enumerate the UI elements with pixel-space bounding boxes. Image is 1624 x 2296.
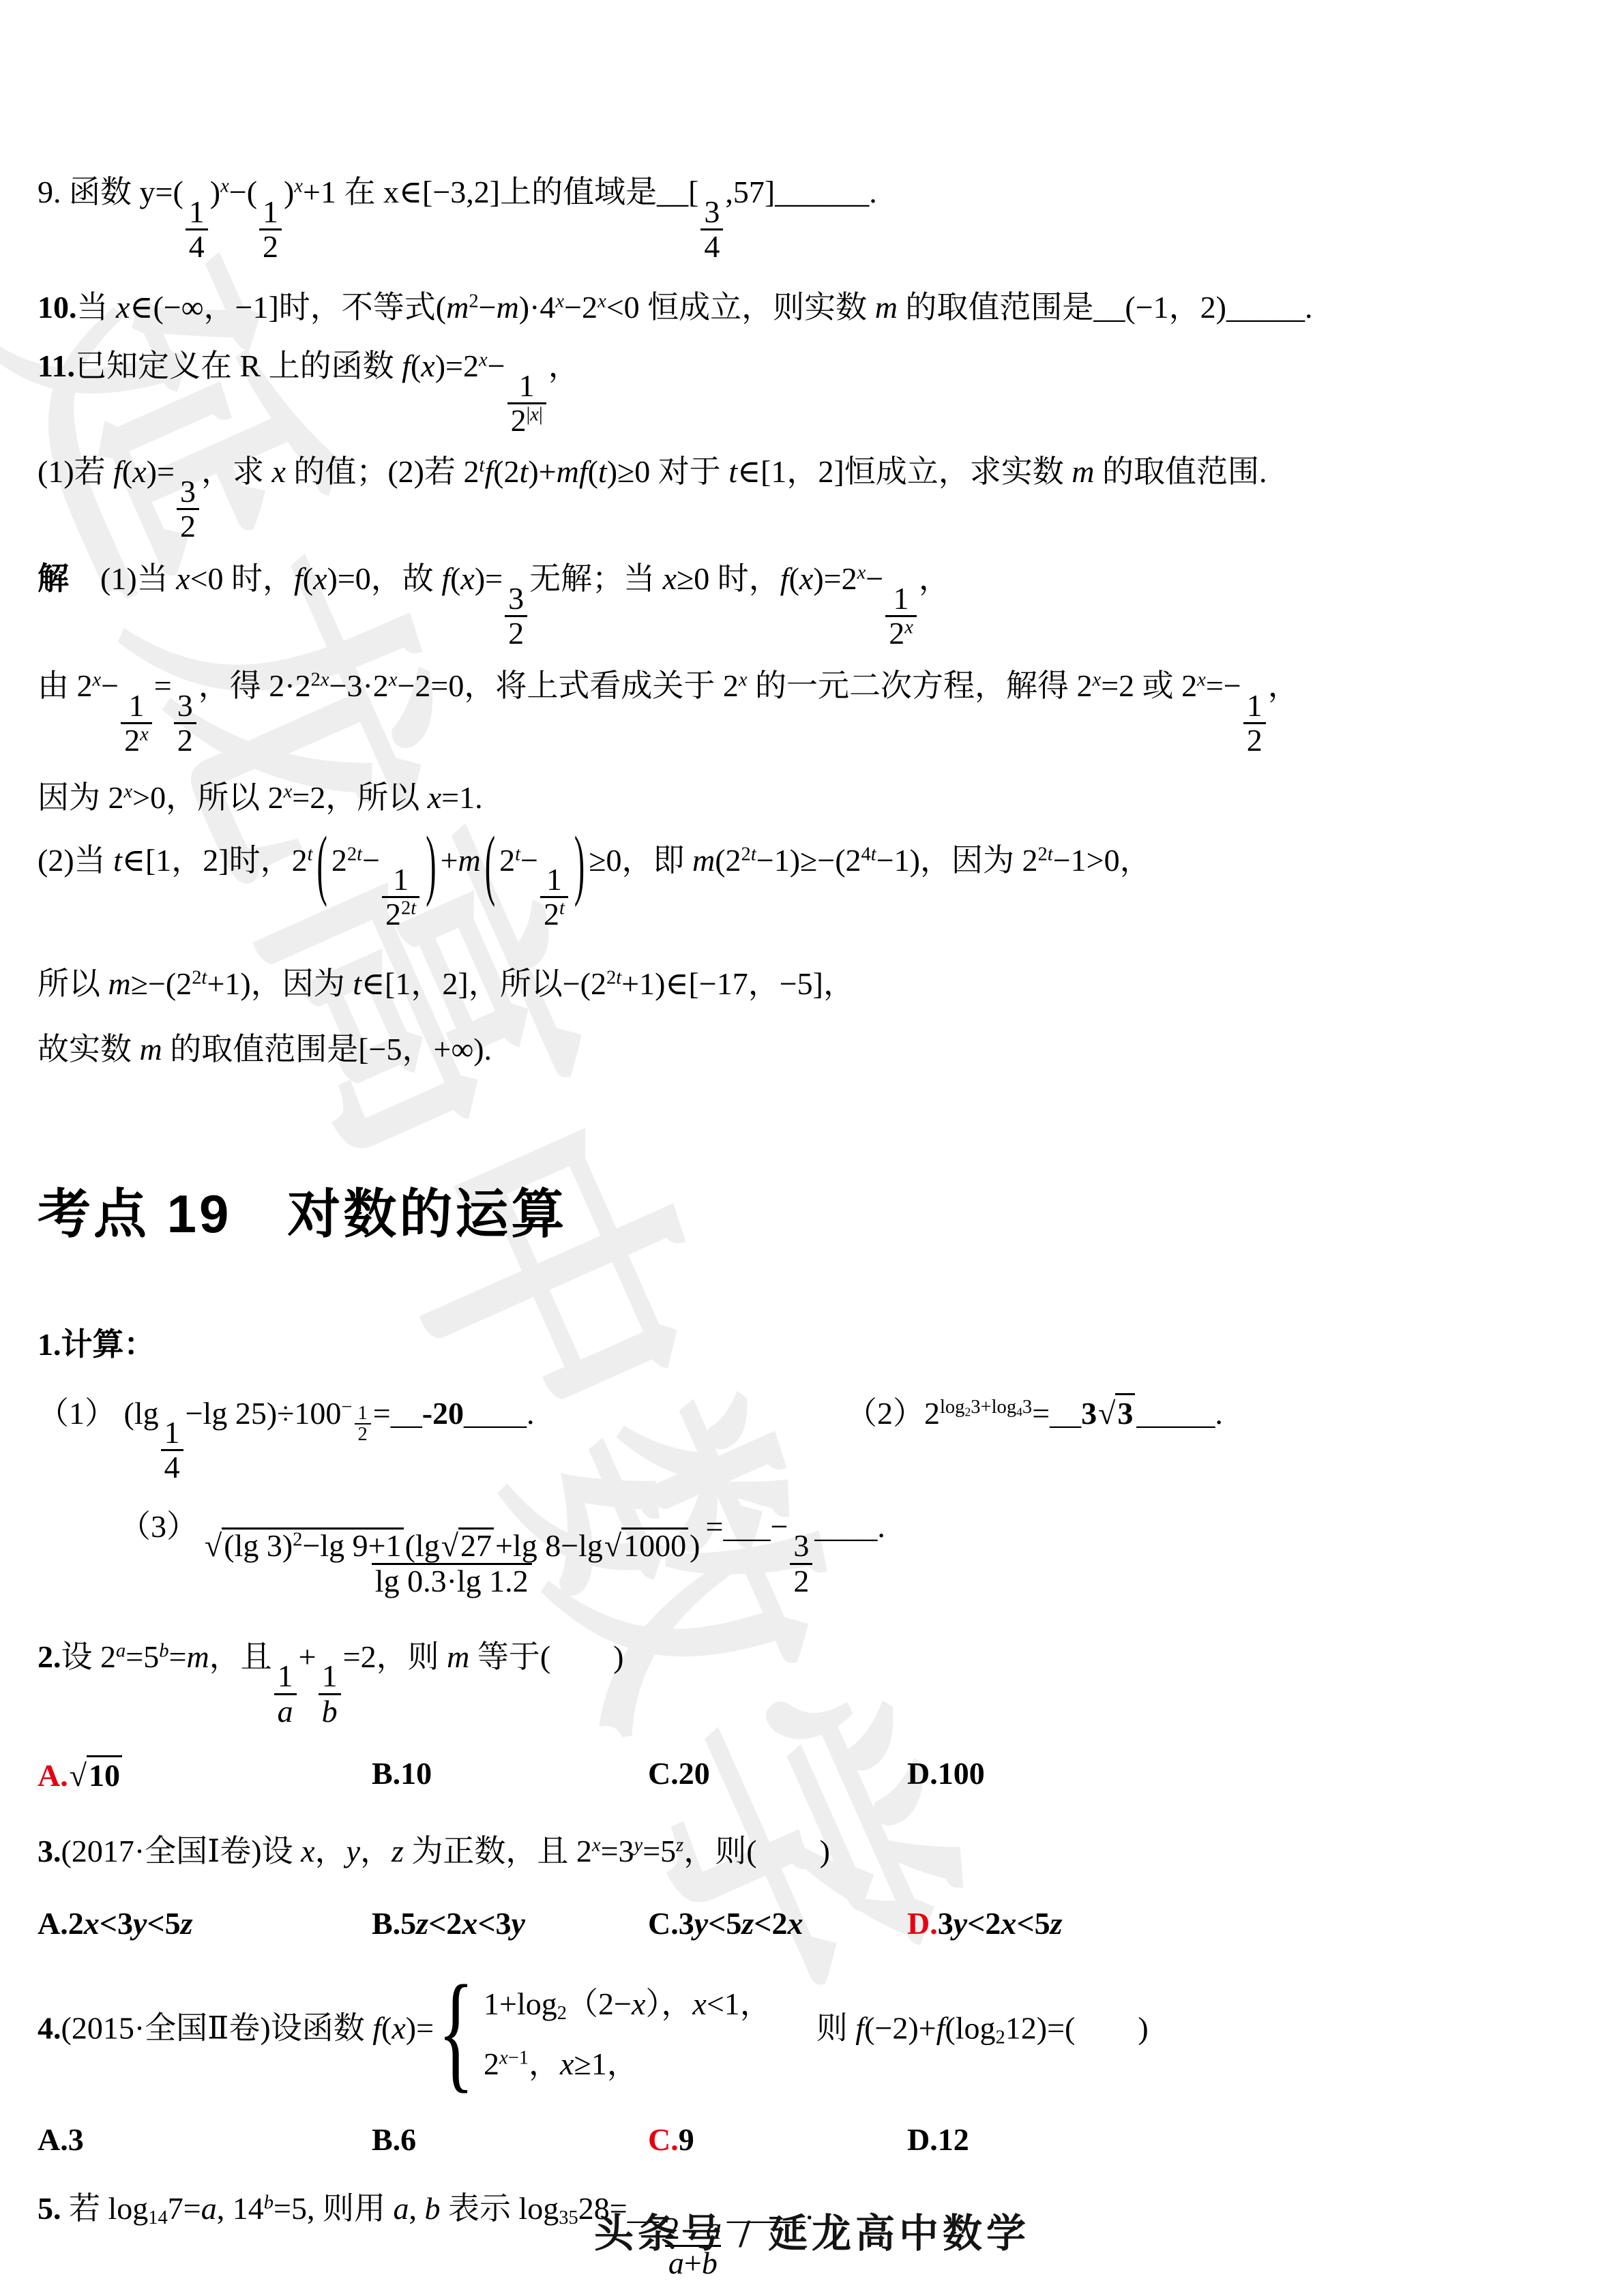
text-segment: （3） bbox=[119, 1509, 198, 1544]
math-variable: x bbox=[663, 561, 677, 596]
text-segment: (1)若 bbox=[38, 454, 113, 489]
section-heading: 考点 19 对数的运算 bbox=[38, 1172, 1586, 1248]
math-variable: x bbox=[555, 290, 564, 312]
superscript: x bbox=[904, 616, 913, 638]
text-segment: ≥1， bbox=[574, 2046, 638, 2081]
fraction: 32 bbox=[790, 1530, 812, 1598]
text-segment: 4 bbox=[704, 229, 720, 264]
text-segment: ≥0，即 bbox=[589, 843, 692, 878]
text-segment: 2 bbox=[508, 616, 524, 651]
radical-icon: √ bbox=[604, 1530, 621, 1562]
calc-item-3: （3）√(lg 3)2−lg 9+1(lg√27+lg 8−lg√1000)lg… bbox=[38, 1502, 1586, 1598]
math-variable: m bbox=[875, 290, 898, 325]
text-segment: ， bbox=[1268, 668, 1299, 703]
text-segment: 2 bbox=[263, 229, 278, 264]
bold-text: 9 bbox=[679, 2122, 694, 2157]
text-segment: 故实数 bbox=[38, 1032, 140, 1067]
text-segment: (2017·全国Ⅰ卷)设 bbox=[61, 1834, 301, 1868]
text-segment: 设 2 bbox=[61, 1639, 117, 1674]
text-segment: ( bbox=[411, 348, 421, 383]
denominator: 4 bbox=[186, 228, 208, 263]
numerator: √(lg 3)2−lg 9+1(lg√27+lg 8−lg√1000) bbox=[200, 1527, 704, 1562]
text-segment: （2）2 bbox=[846, 1396, 940, 1431]
problem-9: 9. 函数 y=(14)x−(12)x+1 在 x∈[−3,2]上的值域是__[… bbox=[38, 167, 1586, 263]
text-segment: 2 bbox=[177, 723, 193, 758]
bold-text: <5 bbox=[147, 1906, 180, 1941]
superscript: x bbox=[592, 1834, 601, 1855]
text-segment: 1 bbox=[164, 1415, 180, 1450]
superscript: x bbox=[1197, 670, 1206, 691]
option-c: C.9 bbox=[648, 2121, 907, 2158]
numerator: 1 bbox=[125, 689, 147, 722]
text-segment: （2− bbox=[567, 1986, 632, 2021]
text-segment: 2 bbox=[347, 844, 357, 865]
text-segment: 的取值范围是__(−1，2)_____. bbox=[898, 290, 1313, 325]
superscript: x bbox=[1093, 670, 1102, 691]
numerator: 1 bbox=[186, 196, 208, 228]
fraction: 12|x| bbox=[507, 370, 546, 438]
text-segment: =5 bbox=[126, 1639, 159, 1674]
text-segment: )= bbox=[406, 2011, 434, 2046]
text-segment: 2 bbox=[484, 2046, 499, 2081]
text-segment: − bbox=[770, 1509, 788, 1544]
text-segment: 1 bbox=[894, 581, 909, 616]
math-variable: x bbox=[84, 1906, 100, 1941]
piecewise-function: {1+log2（2−x），x<1，2x−1，x≥1， bbox=[438, 1979, 771, 2084]
superscript: log23+log43 bbox=[940, 1397, 1032, 1418]
big-paren: ( bbox=[317, 818, 327, 909]
denominator: 4 bbox=[700, 228, 723, 263]
math-variable: x bbox=[93, 670, 102, 691]
denominator: 2 bbox=[1243, 722, 1266, 757]
text-segment: 1 bbox=[358, 1403, 368, 1424]
text-segment: 3 bbox=[508, 581, 524, 616]
text-segment: ( bbox=[381, 2011, 392, 2046]
correct-answer-letter: D. bbox=[907, 1906, 938, 1941]
math-variable: m bbox=[108, 966, 131, 1001]
text-segment: lg 0.3·lg 1.2 bbox=[375, 1564, 529, 1598]
text-segment: (log bbox=[945, 2011, 995, 2046]
text-segment: 1 bbox=[322, 1658, 338, 1693]
big-paren: ) bbox=[574, 818, 585, 909]
text-segment: ( bbox=[789, 561, 799, 596]
superscript: 2t bbox=[741, 844, 756, 865]
math-variable: y bbox=[133, 1906, 147, 1941]
math-variable: x bbox=[321, 670, 329, 691]
numerator: 1 bbox=[1243, 689, 1266, 722]
superscript: z bbox=[676, 1834, 683, 1855]
math-variable: z bbox=[676, 1834, 683, 1855]
text-segment: 9. 函数 y=( bbox=[38, 175, 183, 209]
math-variable: x bbox=[499, 2047, 508, 2068]
text-segment: 2 bbox=[124, 723, 140, 758]
math-variable: t bbox=[559, 898, 565, 919]
text-segment: =__ bbox=[373, 1396, 422, 1431]
bold-text: 3 bbox=[1117, 1396, 1133, 1431]
denominator: 2 bbox=[174, 722, 196, 757]
bold-text: 2. bbox=[38, 1639, 61, 1674]
text-segment: 4 bbox=[1016, 1405, 1022, 1418]
text-segment: 1 bbox=[519, 368, 535, 403]
text-segment: =___ bbox=[706, 1509, 771, 1544]
fraction: 12x bbox=[121, 689, 152, 758]
math-variable: z bbox=[416, 1906, 428, 1941]
bold-text: D.100 bbox=[907, 1756, 985, 1791]
superscript: 2x bbox=[311, 670, 329, 691]
square-root: √10 bbox=[70, 1755, 122, 1793]
correct-answer-letter: A. bbox=[38, 1758, 68, 1793]
math-variable: t bbox=[113, 843, 122, 878]
square-root: √27 bbox=[441, 1527, 494, 1562]
text-segment: 1 bbox=[1247, 688, 1263, 723]
problem-10: 10.当 x∈(−∞，−1]时，不等式(m2−m)·4x−2x<0 恒成立，则实… bbox=[38, 282, 1586, 327]
solution-line-1: 解 (1)当 x<0 时，f(x)=0，故 f(x)=32无解；当 x≥0 时，… bbox=[38, 554, 1586, 650]
superscript: 2 bbox=[469, 290, 478, 312]
radicand: (lg 3)2−lg 9+1 bbox=[222, 1527, 403, 1562]
calc-row-1-2: （1） (lg14−lg 25)÷100−12=__-20____. （2）2l… bbox=[38, 1388, 1586, 1485]
text-segment: ( bbox=[303, 561, 313, 596]
math-variable: f bbox=[855, 2011, 864, 2046]
text-segment: −2 bbox=[564, 290, 597, 325]
text-segment: )=2 bbox=[813, 561, 857, 596]
math-variable: x bbox=[392, 2011, 405, 2046]
denominator: 2 bbox=[355, 1423, 371, 1445]
bold-text: 3 bbox=[1081, 1396, 1097, 1431]
text-segment: )=0，故 bbox=[327, 561, 442, 596]
fraction: 12 bbox=[355, 1403, 371, 1446]
text-segment: )= bbox=[147, 454, 175, 489]
text-segment: 2 bbox=[889, 616, 904, 651]
math-variable: x bbox=[1197, 670, 1206, 691]
text-segment: ∈[1，2]，所以−(2 bbox=[361, 966, 606, 1001]
bold-text: B.10 bbox=[372, 1756, 432, 1791]
math-variable: x bbox=[220, 175, 229, 196]
text-segment: +lg 8−lg bbox=[495, 1528, 603, 1563]
text-segment: −2=0，将上式看成关于 2 bbox=[397, 668, 738, 703]
text-segment: <1， bbox=[707, 1986, 771, 2021]
square-root: √3 bbox=[1098, 1393, 1135, 1431]
text-segment: ( bbox=[450, 561, 460, 596]
text-segment: 2 bbox=[331, 843, 347, 878]
text-segment: ∈(−∞，−1]时，不等式( bbox=[130, 290, 446, 325]
square-root: √1000 bbox=[604, 1527, 688, 1562]
text-segment: ， bbox=[529, 2046, 560, 2081]
text-segment: =__ bbox=[1032, 1396, 1081, 1431]
text-segment: ，得 2·2 bbox=[198, 668, 311, 703]
bold-text: 3. bbox=[38, 1834, 61, 1868]
fraction: 14 bbox=[186, 196, 208, 264]
math-variable: x bbox=[799, 561, 813, 596]
text-segment: − bbox=[362, 843, 380, 878]
math-variable: f bbox=[936, 2011, 945, 2046]
math-variable: t bbox=[520, 454, 529, 489]
radical-icon: √ bbox=[70, 1760, 87, 1791]
bold-text: <5 bbox=[708, 1906, 741, 1941]
superscript: −12 bbox=[341, 1397, 372, 1418]
superscript: t bbox=[559, 898, 565, 919]
problem-11-parts: (1)若 f(x)=32，求 x 的值；(2)若 2tf(2t)+mf(t)≥0… bbox=[38, 447, 1586, 543]
bold-text: D.12 bbox=[907, 2122, 969, 2157]
text-segment: −lg 9+1 bbox=[302, 1528, 401, 1563]
option-c: C.3y<5z<2x bbox=[648, 1905, 907, 1941]
text-segment: =2，则 bbox=[343, 1639, 447, 1674]
math-variable: m bbox=[1072, 454, 1094, 489]
math-variable: t bbox=[308, 844, 313, 865]
radical-icon: √ bbox=[1098, 1398, 1115, 1429]
math-variable: x bbox=[530, 404, 539, 425]
text-segment: 因为 2 bbox=[38, 780, 124, 815]
math-variable: m bbox=[140, 1032, 162, 1067]
text-segment: 2 bbox=[606, 967, 616, 988]
math-variable: x bbox=[389, 670, 398, 691]
math-variable: x bbox=[301, 1834, 314, 1868]
text-segment: 的取值范围. bbox=[1094, 454, 1267, 489]
text-segment: (2015·全国Ⅱ卷)设函数 bbox=[61, 2011, 373, 2046]
text-segment: (lg 3) bbox=[224, 1528, 293, 1563]
math-variable: x bbox=[460, 561, 474, 596]
superscript: 2t bbox=[347, 844, 362, 865]
text-segment: =1. bbox=[441, 780, 482, 815]
superscript: x bbox=[857, 563, 866, 584]
text-segment: + bbox=[299, 1639, 316, 1674]
text-segment: −1 bbox=[508, 2047, 529, 2068]
solution-line-6: 故实数 m 的取值范围是[−5，+∞). bbox=[38, 1024, 1586, 1069]
bold-text: <3 bbox=[100, 1906, 133, 1941]
math-variable: x bbox=[597, 290, 606, 312]
math-variable: mf bbox=[557, 454, 588, 489]
fraction: 32 bbox=[505, 582, 527, 651]
numerator: 3 bbox=[700, 196, 723, 228]
superscript: 2t bbox=[401, 898, 416, 919]
math-variable: m bbox=[497, 290, 519, 325]
math-variable: a bbox=[116, 1640, 126, 1661]
math-variable: f bbox=[484, 454, 493, 489]
math-variable: t bbox=[353, 966, 361, 1001]
question-2-options: A.√10 B.10 C.20 D.100 bbox=[38, 1755, 1586, 1793]
bold-text: 10. bbox=[38, 290, 77, 325]
superscript: x bbox=[93, 670, 102, 691]
question-4-options: A.3 B.6 C.9 D.12 bbox=[38, 2121, 1586, 2158]
math-variable: x bbox=[592, 1834, 601, 1855]
math-variable: y bbox=[512, 1906, 525, 1941]
text-segment: ∈[1，2]恒成立，求实数 bbox=[737, 454, 1072, 489]
denominator: 2x bbox=[885, 615, 917, 650]
bold-text: 11. bbox=[38, 348, 75, 383]
calc-item-1: （1） (lg14−lg 25)÷100−12=__-20____. bbox=[38, 1388, 846, 1485]
fraction: 122t bbox=[382, 863, 419, 931]
text-segment: （1） (lg bbox=[38, 1396, 159, 1431]
fraction: 34 bbox=[700, 196, 723, 264]
radical-icon: √ bbox=[441, 1530, 458, 1562]
text-segment: (lg bbox=[405, 1528, 440, 1563]
math-variable: x bbox=[692, 1986, 706, 2021]
bold-text: B.6 bbox=[372, 2122, 416, 2157]
bold-text: <5 bbox=[1016, 1906, 1050, 1941]
text-segment: ）， bbox=[645, 1986, 692, 2021]
math-variable: m bbox=[446, 290, 469, 325]
text-segment: 1 bbox=[263, 194, 278, 229]
math-variable: x bbox=[462, 1906, 477, 1941]
fraction: √(lg 3)2−lg 9+1(lg√27+lg 8−lg√1000)lg 0.… bbox=[200, 1527, 704, 1598]
correct-answer-letter: C. bbox=[648, 2122, 679, 2157]
math-variable: t bbox=[751, 844, 756, 865]
text-segment: 4 bbox=[164, 1450, 180, 1485]
text-segment: 2 bbox=[180, 509, 196, 543]
text-segment: =3 bbox=[601, 1834, 634, 1868]
big-paren: ( bbox=[485, 818, 495, 909]
text-segment: =5 bbox=[643, 1834, 676, 1868]
option-d: D.100 bbox=[907, 1755, 1586, 1793]
text-segment: )=2 bbox=[435, 348, 479, 383]
text-segment: ，求 bbox=[201, 454, 272, 489]
math-variable: x bbox=[428, 780, 441, 815]
math-variable: z bbox=[1050, 1906, 1063, 1941]
superscript: x bbox=[140, 724, 149, 745]
fraction: 12x bbox=[885, 582, 917, 651]
radicand: 10 bbox=[87, 1755, 122, 1793]
math-variable: z bbox=[181, 1906, 193, 1941]
numerator: 1 bbox=[890, 582, 913, 615]
math-variable: x bbox=[788, 1906, 803, 1941]
text-segment: ____. bbox=[464, 1396, 535, 1431]
numerator: 3 bbox=[174, 689, 196, 722]
superscript: x bbox=[124, 781, 133, 802]
fraction: 14 bbox=[161, 1416, 183, 1485]
text-segment: 的取值范围是[−5，+∞). bbox=[162, 1032, 492, 1067]
text-segment: 2 bbox=[995, 2027, 1005, 2048]
superscript: 2t bbox=[606, 967, 621, 988]
math-variable: x bbox=[1001, 1906, 1016, 1941]
numerator: 1 bbox=[543, 863, 565, 896]
solution-line-2: 由 2x−12x=32，得 2·22x−3·2x−2=0，将上式看成关于 2x … bbox=[38, 661, 1586, 757]
math-variable: a bbox=[278, 1694, 293, 1729]
text-segment: 3 bbox=[1022, 1397, 1032, 1418]
math-variable: x bbox=[116, 290, 130, 325]
bold-text: <2 bbox=[754, 1906, 787, 1941]
text-segment: −1>0， bbox=[1053, 843, 1151, 878]
text-segment: 3+log bbox=[971, 1397, 1016, 1418]
text-segment: ∈[1，2]时，2 bbox=[122, 843, 308, 878]
math-variable: t bbox=[515, 844, 520, 865]
text-segment: 12)=( ) bbox=[1005, 2011, 1149, 2046]
text-segment: 4 bbox=[189, 229, 205, 264]
bold-text: -20 bbox=[422, 1396, 464, 1431]
text-segment: ，则( ) bbox=[683, 1834, 830, 1868]
brace-icon: { bbox=[438, 1965, 474, 2097]
text-segment: ，且 bbox=[209, 1639, 272, 1674]
superscript: x bbox=[739, 670, 748, 691]
solution-line-4: (2)当 t∈[1，2]时，2t(22t−122t)+m(2t−12t)≥0，即… bbox=[38, 835, 1586, 931]
numerator: 1 bbox=[319, 1660, 341, 1693]
text-segment: 2 bbox=[192, 967, 201, 988]
text-segment: −1)，因为 2 bbox=[876, 843, 1038, 878]
text-segment: ， bbox=[360, 1834, 392, 1868]
text-segment: )+ bbox=[528, 454, 556, 489]
bold-text: 解 bbox=[38, 561, 69, 596]
math-variable: m bbox=[447, 1639, 469, 1674]
question-3-options: A.2x<3y<5z B.5z<2x<3y C.3y<5z<2x D.3y<2x… bbox=[38, 1905, 1586, 1941]
superscript: 2t bbox=[192, 967, 207, 988]
text-segment: 2 bbox=[741, 844, 751, 865]
option-b: B.10 bbox=[372, 1755, 648, 1793]
math-variable: f bbox=[441, 561, 450, 596]
solution-line-3: 因为 2x>0，所以 2x=2，所以 x=1. bbox=[38, 773, 1586, 818]
superscript: |x| bbox=[527, 404, 543, 425]
superscript: b bbox=[159, 1640, 168, 1661]
text-segment: 2 bbox=[293, 1530, 302, 1551]
question-3: 3.(2017·全国Ⅰ卷)设 x，y，z 为正数，且 2x=3y=5z，则( ) bbox=[38, 1826, 1586, 1871]
text-segment: 3 bbox=[793, 1528, 809, 1563]
superscript: x bbox=[389, 670, 398, 691]
text-segment: <0 恒成立，则实数 bbox=[606, 290, 875, 325]
calc-title: 1.计算： bbox=[38, 1320, 1586, 1365]
text-segment: (2)当 bbox=[38, 843, 113, 878]
bold-text: C.3 bbox=[648, 1906, 694, 1941]
text-segment: 无解；当 bbox=[529, 561, 663, 596]
math-variable: f bbox=[402, 348, 411, 383]
fraction: 32 bbox=[177, 475, 199, 543]
math-variable: y bbox=[346, 1834, 360, 1868]
text-segment: − bbox=[101, 668, 119, 703]
math-variable: x bbox=[560, 2046, 574, 2081]
text-segment: 1 bbox=[393, 862, 409, 897]
problem-11: 11.已知定义在 R 上的函数 f(x)=2x−12|x|， bbox=[38, 341, 1586, 437]
math-variable: x bbox=[176, 561, 190, 596]
option-d: D.3y<2x<5z bbox=[907, 1905, 1586, 1941]
footer-credit: 头条号 / 延龙高中数学 bbox=[0, 2201, 1624, 2258]
text-segment: −lg 25)÷100 bbox=[186, 1396, 342, 1431]
text-segment: +1 在 x∈[−3,2]上的值域是__[ bbox=[303, 175, 698, 209]
text-segment: 2 bbox=[1038, 844, 1048, 865]
math-variable: x bbox=[632, 1986, 645, 2021]
fraction: 1a bbox=[274, 1660, 297, 1728]
text-segment: ( bbox=[588, 454, 598, 489]
bold-text: 10 bbox=[89, 1758, 120, 1793]
radical-icon: √ bbox=[205, 1530, 222, 1562]
fraction: 12 bbox=[1243, 689, 1266, 758]
superscript: x−1 bbox=[499, 2047, 529, 2068]
option-b: B.5z<2x<3y bbox=[372, 1905, 648, 1941]
option-c: C.20 bbox=[648, 1755, 907, 1793]
superscript: 2 bbox=[293, 1530, 302, 1551]
text-segment: 1+log bbox=[484, 1986, 557, 2021]
text-segment: 则 bbox=[816, 2011, 856, 2046]
math-variable: x bbox=[271, 454, 285, 489]
text-segment: 3 bbox=[177, 688, 193, 723]
math-variable: x bbox=[284, 781, 293, 802]
math-variable: t bbox=[411, 898, 416, 919]
text-segment: 1 bbox=[278, 1658, 293, 1693]
math-variable: t bbox=[871, 844, 876, 865]
math-variable: x bbox=[294, 175, 303, 196]
denominator: 2|x| bbox=[507, 402, 546, 437]
math-variable: x bbox=[904, 616, 913, 638]
fraction: 12 bbox=[259, 196, 282, 264]
text-segment: 2 bbox=[557, 2003, 567, 2024]
text-segment: (−2)+ bbox=[864, 2011, 936, 2046]
text-segment: − bbox=[479, 290, 497, 325]
text-segment: 的值；(2)若 2 bbox=[286, 454, 479, 489]
math-variable: f bbox=[294, 561, 303, 596]
text-segment: ， bbox=[919, 561, 950, 596]
text-segment: − bbox=[866, 561, 883, 596]
text-segment: −1)≥−(2 bbox=[756, 843, 861, 878]
text-segment: 1000 bbox=[623, 1528, 686, 1563]
subscript: 4 bbox=[1016, 1405, 1022, 1418]
superscript: a bbox=[116, 1640, 126, 1661]
fraction: 12t bbox=[540, 863, 568, 931]
text-segment: 2 bbox=[964, 1405, 971, 1418]
